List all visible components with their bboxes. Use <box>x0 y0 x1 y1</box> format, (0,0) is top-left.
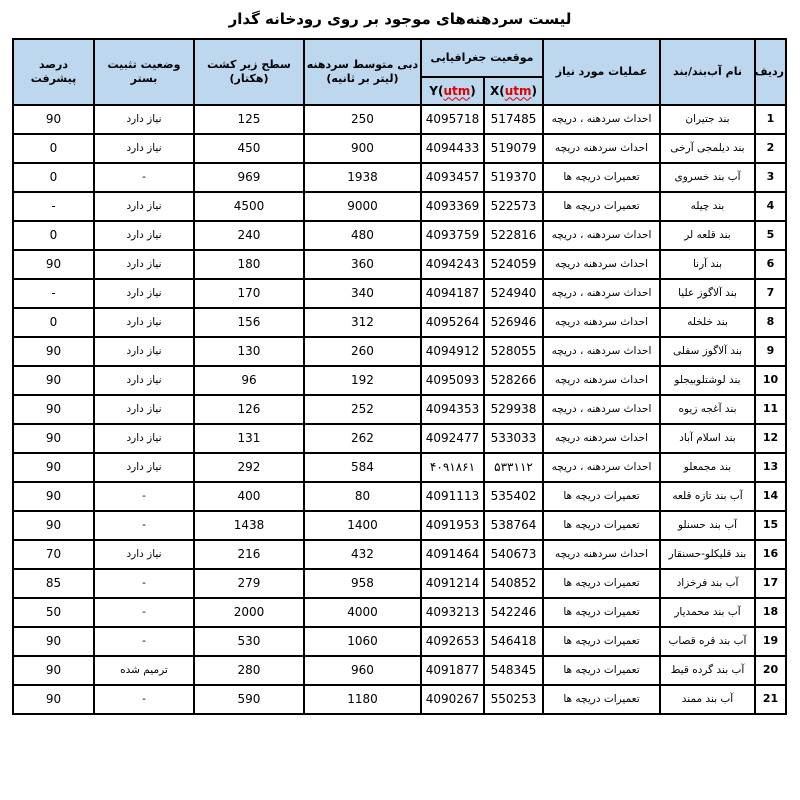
cell-bed-status: نیاز دارد <box>94 395 194 424</box>
cell-progress: 70 <box>13 540 94 569</box>
cell-x-utm: 517485 <box>484 105 543 134</box>
cell-bed-status: نیاز دارد <box>94 540 194 569</box>
cell-operations: احداث سردهنه ، دریچه <box>543 453 660 482</box>
cell-x-utm: 546418 <box>484 627 543 656</box>
cell-area: 279 <box>194 569 304 598</box>
table-row: 1 بند جتیران احداث سردهنه ، دریچه 517485… <box>13 105 786 134</box>
cell-operations: تعمیرات دریچه ها <box>543 656 660 685</box>
cell-row-no: 3 <box>755 163 786 192</box>
cell-progress: 0 <box>13 221 94 250</box>
cell-name: آب بند خسروی <box>660 163 755 192</box>
cell-discharge: 900 <box>304 134 421 163</box>
header-bed-status: وضعیت تثبیت بستر <box>94 39 194 105</box>
cell-area: 131 <box>194 424 304 453</box>
cell-area: 450 <box>194 134 304 163</box>
cell-progress: 85 <box>13 569 94 598</box>
cell-name: آب بند محمدیار <box>660 598 755 627</box>
cell-bed-status: - <box>94 163 194 192</box>
page-title: لیست سردهنه‌های موجود بر روی رودخانه گدا… <box>0 10 800 28</box>
document-page: لیست سردهنه‌های موجود بر روی رودخانه گدا… <box>0 0 800 800</box>
cell-operations: احداث سردهنه ، دریچه <box>543 337 660 366</box>
cell-bed-status: - <box>94 685 194 714</box>
cell-x-utm: 524059 <box>484 250 543 279</box>
header-row-1: ردیف نام آب‌بند/بند عملیات مورد نیاز موق… <box>13 39 786 77</box>
cell-progress: 90 <box>13 337 94 366</box>
cell-operations: تعمیرات دریچه ها <box>543 192 660 221</box>
cell-row-no: 5 <box>755 221 786 250</box>
y-label: Y( <box>429 84 443 98</box>
cell-progress: 90 <box>13 366 94 395</box>
cell-x-utm: 519370 <box>484 163 543 192</box>
table-row: 3 آب بند خسروی تعمیرات دریچه ها 519370 4… <box>13 163 786 192</box>
x-label: X( <box>490 84 505 98</box>
header-progress: درصد پیشرفت <box>13 39 94 105</box>
cell-bed-status: نیاز دارد <box>94 366 194 395</box>
cell-discharge: 1060 <box>304 627 421 656</box>
cell-area: 590 <box>194 685 304 714</box>
cell-progress: 90 <box>13 250 94 279</box>
cell-y-utm: 4094187 <box>421 279 484 308</box>
cell-x-utm: 528055 <box>484 337 543 366</box>
cell-x-utm: 540673 <box>484 540 543 569</box>
header-y-utm: Y(utm) <box>421 77 484 105</box>
cell-name: بند آرنا <box>660 250 755 279</box>
headworks-table: ردیف نام آب‌بند/بند عملیات مورد نیاز موق… <box>12 38 787 715</box>
cell-name: بند اسلام آباد <box>660 424 755 453</box>
cell-name: بند آغجه زیوه <box>660 395 755 424</box>
cell-row-no: 8 <box>755 308 786 337</box>
cell-bed-status: نیاز دارد <box>94 279 194 308</box>
cell-row-no: 1 <box>755 105 786 134</box>
cell-x-utm: 524940 <box>484 279 543 308</box>
cell-name: بند قلعه لر <box>660 221 755 250</box>
cell-y-utm: 4091877 <box>421 656 484 685</box>
cell-row-no: 11 <box>755 395 786 424</box>
cell-operations: احداث سردهنه دریچه <box>543 134 660 163</box>
cell-name: آب بند فرخزاد <box>660 569 755 598</box>
cell-name: بند آلاگوز سفلی <box>660 337 755 366</box>
cell-area: 1438 <box>194 511 304 540</box>
cell-x-utm: 535402 <box>484 482 543 511</box>
table-row: 8 بند خلخله احداث سردهنه دریچه 526946 40… <box>13 308 786 337</box>
cell-name: بند مجمعلو <box>660 453 755 482</box>
cell-progress: 90 <box>13 685 94 714</box>
cell-name: آب بند تازه قلعه <box>660 482 755 511</box>
cell-name: بند آلاگوز علیا <box>660 279 755 308</box>
cell-bed-status: نیاز دارد <box>94 250 194 279</box>
cell-y-utm: 4093213 <box>421 598 484 627</box>
cell-name: بند دیلمجی آرخی <box>660 134 755 163</box>
cell-x-utm: ۵۳۳۱۱۲ <box>484 453 543 482</box>
table-row: 7 بند آلاگوز علیا احداث سردهنه ، دریچه 5… <box>13 279 786 308</box>
cell-row-no: 10 <box>755 366 786 395</box>
cell-area: 400 <box>194 482 304 511</box>
y-label-close: ) <box>470 84 475 98</box>
cell-discharge: 480 <box>304 221 421 250</box>
header-x-utm: X(utm) <box>484 77 543 105</box>
cell-operations: احداث سردهنه دریچه <box>543 308 660 337</box>
cell-area: 2000 <box>194 598 304 627</box>
cell-discharge: 260 <box>304 337 421 366</box>
cell-bed-status: نیاز دارد <box>94 134 194 163</box>
cell-x-utm: 538764 <box>484 511 543 540</box>
table-row: 20 آب بند گرده قیط تعمیرات دریچه ها 5483… <box>13 656 786 685</box>
table-row: 11 بند آغجه زیوه احداث سردهنه ، دریچه 52… <box>13 395 786 424</box>
table-body: 1 بند جتیران احداث سردهنه ، دریچه 517485… <box>13 105 786 714</box>
header-row-no: ردیف <box>755 39 786 105</box>
table-row: 12 بند اسلام آباد احداث سردهنه دریچه 533… <box>13 424 786 453</box>
cell-area: 156 <box>194 308 304 337</box>
cell-x-utm: 522573 <box>484 192 543 221</box>
header-name: نام آب‌بند/بند <box>660 39 755 105</box>
table-row: 15 آب بند حسنلو تعمیرات دریچه ها 538764 … <box>13 511 786 540</box>
cell-operations: احداث سردهنه دریچه <box>543 540 660 569</box>
cell-progress: 90 <box>13 424 94 453</box>
cell-row-no: 21 <box>755 685 786 714</box>
cell-row-no: 12 <box>755 424 786 453</box>
cell-bed-status: ترمیم شده <box>94 656 194 685</box>
cell-y-utm: 4093759 <box>421 221 484 250</box>
table-row: 2 بند دیلمجی آرخی احداث سردهنه دریچه 519… <box>13 134 786 163</box>
cell-row-no: 20 <box>755 656 786 685</box>
cell-progress: 90 <box>13 395 94 424</box>
cell-y-utm: 4091214 <box>421 569 484 598</box>
cell-discharge: 960 <box>304 656 421 685</box>
cell-name: بند لوشتلوبیجلو <box>660 366 755 395</box>
cell-name: بند چیله <box>660 192 755 221</box>
cell-x-utm: 519079 <box>484 134 543 163</box>
cell-row-no: 4 <box>755 192 786 221</box>
cell-discharge: 312 <box>304 308 421 337</box>
table-row: 18 آب بند محمدیار تعمیرات دریچه ها 54224… <box>13 598 786 627</box>
cell-bed-status: نیاز دارد <box>94 192 194 221</box>
table-header: ردیف نام آب‌بند/بند عملیات مورد نیاز موق… <box>13 39 786 105</box>
cell-x-utm: 533033 <box>484 424 543 453</box>
cell-y-utm: 4092477 <box>421 424 484 453</box>
cell-discharge: 4000 <box>304 598 421 627</box>
cell-row-no: 6 <box>755 250 786 279</box>
table-row: 21 آب بند ممند تعمیرات دریچه ها 550253 4… <box>13 685 786 714</box>
cell-bed-status: - <box>94 482 194 511</box>
table-row: 5 بند قلعه لر احداث سردهنه ، دریچه 52281… <box>13 221 786 250</box>
cell-discharge: 340 <box>304 279 421 308</box>
cell-row-no: 13 <box>755 453 786 482</box>
cell-operations: تعمیرات دریچه ها <box>543 598 660 627</box>
cell-bed-status: نیاز دارد <box>94 308 194 337</box>
cell-x-utm: 548345 <box>484 656 543 685</box>
cell-operations: تعمیرات دریچه ها <box>543 163 660 192</box>
cell-operations: احداث سردهنه ، دریچه <box>543 395 660 424</box>
cell-operations: احداث سردهنه ، دریچه <box>543 221 660 250</box>
header-operations: عملیات مورد نیاز <box>543 39 660 105</box>
cell-bed-status: نیاز دارد <box>94 337 194 366</box>
cell-bed-status: نیاز دارد <box>94 424 194 453</box>
table-row: 13 بند مجمعلو احداث سردهنه ، دریچه ۵۳۳۱۱… <box>13 453 786 482</box>
cell-progress: 90 <box>13 482 94 511</box>
cell-y-utm: 4091113 <box>421 482 484 511</box>
cell-bed-status: - <box>94 627 194 656</box>
table-row: 16 بند قلیکلو-حسنقار احداث سردهنه دریچه … <box>13 540 786 569</box>
cell-bed-status: - <box>94 511 194 540</box>
cell-row-no: 17 <box>755 569 786 598</box>
table-row: 14 آب بند تازه قلعه تعمیرات دریچه ها 535… <box>13 482 786 511</box>
header-discharge: دبی متوسط سردهنه (لیتر بر ثانیه) <box>304 39 421 105</box>
cell-name: آب بند حسنلو <box>660 511 755 540</box>
cell-area: 130 <box>194 337 304 366</box>
cell-discharge: 360 <box>304 250 421 279</box>
cell-discharge: 250 <box>304 105 421 134</box>
cell-progress: 90 <box>13 627 94 656</box>
cell-area: 180 <box>194 250 304 279</box>
cell-progress: 0 <box>13 308 94 337</box>
cell-discharge: 432 <box>304 540 421 569</box>
cell-progress: 0 <box>13 163 94 192</box>
cell-area: 96 <box>194 366 304 395</box>
cell-name: آب بند ممند <box>660 685 755 714</box>
cell-area: 125 <box>194 105 304 134</box>
cell-operations: احداث سردهنه ، دریچه <box>543 279 660 308</box>
cell-progress: 90 <box>13 453 94 482</box>
cell-discharge: 262 <box>304 424 421 453</box>
cell-progress: 0 <box>13 134 94 163</box>
cell-area: 170 <box>194 279 304 308</box>
utm-text-y: utm <box>443 84 470 98</box>
cell-discharge: 252 <box>304 395 421 424</box>
x-label-close: ) <box>532 84 537 98</box>
cell-row-no: 2 <box>755 134 786 163</box>
cell-name: بند قلیکلو-حسنقار <box>660 540 755 569</box>
cell-area: 126 <box>194 395 304 424</box>
cell-row-no: 19 <box>755 627 786 656</box>
header-location-group: موقعیت جغرافیایی <box>421 39 543 77</box>
cell-name: بند خلخله <box>660 308 755 337</box>
cell-progress: 90 <box>13 511 94 540</box>
cell-y-utm: 4091464 <box>421 540 484 569</box>
cell-progress: 50 <box>13 598 94 627</box>
cell-discharge: 1400 <box>304 511 421 540</box>
utm-text-x: utm <box>505 84 532 98</box>
cell-operations: تعمیرات دریچه ها <box>543 569 660 598</box>
header-area: سطح زیر کشت (هکتار) <box>194 39 304 105</box>
cell-area: 280 <box>194 656 304 685</box>
cell-x-utm: 542246 <box>484 598 543 627</box>
cell-progress: - <box>13 192 94 221</box>
cell-discharge: 80 <box>304 482 421 511</box>
cell-name: آب بند گرده قیط <box>660 656 755 685</box>
cell-operations: تعمیرات دریچه ها <box>543 627 660 656</box>
cell-y-utm: 4090267 <box>421 685 484 714</box>
cell-operations: تعمیرات دریچه ها <box>543 511 660 540</box>
table-row: 6 بند آرنا احداث سردهنه دریچه 524059 409… <box>13 250 786 279</box>
cell-operations: احداث سردهنه ، دریچه <box>543 105 660 134</box>
cell-progress: 90 <box>13 656 94 685</box>
cell-bed-status: نیاز دارد <box>94 453 194 482</box>
cell-y-utm: 4094243 <box>421 250 484 279</box>
cell-discharge: 1938 <box>304 163 421 192</box>
cell-area: 4500 <box>194 192 304 221</box>
cell-discharge: 584 <box>304 453 421 482</box>
cell-area: 216 <box>194 540 304 569</box>
cell-x-utm: 550253 <box>484 685 543 714</box>
cell-operations: تعمیرات دریچه ها <box>543 482 660 511</box>
cell-row-no: 16 <box>755 540 786 569</box>
cell-y-utm: 4092653 <box>421 627 484 656</box>
cell-y-utm: 4091953 <box>421 511 484 540</box>
cell-name: آب بند قره قصاب <box>660 627 755 656</box>
cell-area: 292 <box>194 453 304 482</box>
cell-row-no: 14 <box>755 482 786 511</box>
cell-y-utm: 4094912 <box>421 337 484 366</box>
table-row: 19 آب بند قره قصاب تعمیرات دریچه ها 5464… <box>13 627 786 656</box>
table-row: 4 بند چیله تعمیرات دریچه ها 522573 40933… <box>13 192 786 221</box>
cell-row-no: 15 <box>755 511 786 540</box>
cell-y-utm: 4095093 <box>421 366 484 395</box>
cell-operations: احداث سردهنه دریچه <box>543 250 660 279</box>
cell-discharge: 958 <box>304 569 421 598</box>
table-row: 17 آب بند فرخزاد تعمیرات دریچه ها 540852… <box>13 569 786 598</box>
cell-operations: احداث سردهنه دریچه <box>543 366 660 395</box>
cell-bed-status: نیاز دارد <box>94 221 194 250</box>
cell-row-no: 9 <box>755 337 786 366</box>
cell-y-utm: 4094433 <box>421 134 484 163</box>
cell-area: 530 <box>194 627 304 656</box>
cell-y-utm: 4095264 <box>421 308 484 337</box>
cell-x-utm: 528266 <box>484 366 543 395</box>
cell-operations: تعمیرات دریچه ها <box>543 685 660 714</box>
cell-area: 969 <box>194 163 304 192</box>
cell-bed-status: - <box>94 598 194 627</box>
cell-discharge: 192 <box>304 366 421 395</box>
cell-y-utm: 4093369 <box>421 192 484 221</box>
cell-operations: احداث سردهنه دریچه <box>543 424 660 453</box>
cell-progress: 90 <box>13 105 94 134</box>
cell-y-utm: 4093457 <box>421 163 484 192</box>
cell-x-utm: 529938 <box>484 395 543 424</box>
cell-y-utm: ۴۰۹۱۸۶۱ <box>421 453 484 482</box>
cell-x-utm: 526946 <box>484 308 543 337</box>
cell-discharge: 9000 <box>304 192 421 221</box>
table-row: 10 بند لوشتلوبیجلو احداث سردهنه دریچه 52… <box>13 366 786 395</box>
cell-row-no: 18 <box>755 598 786 627</box>
cell-bed-status: نیاز دارد <box>94 105 194 134</box>
cell-x-utm: 522816 <box>484 221 543 250</box>
cell-progress: - <box>13 279 94 308</box>
cell-row-no: 7 <box>755 279 786 308</box>
cell-x-utm: 540852 <box>484 569 543 598</box>
cell-name: بند جتیران <box>660 105 755 134</box>
cell-y-utm: 4094353 <box>421 395 484 424</box>
cell-y-utm: 4095718 <box>421 105 484 134</box>
cell-area: 240 <box>194 221 304 250</box>
cell-bed-status: - <box>94 569 194 598</box>
cell-discharge: 1180 <box>304 685 421 714</box>
table-row: 9 بند آلاگوز سفلی احداث سردهنه ، دریچه 5… <box>13 337 786 366</box>
